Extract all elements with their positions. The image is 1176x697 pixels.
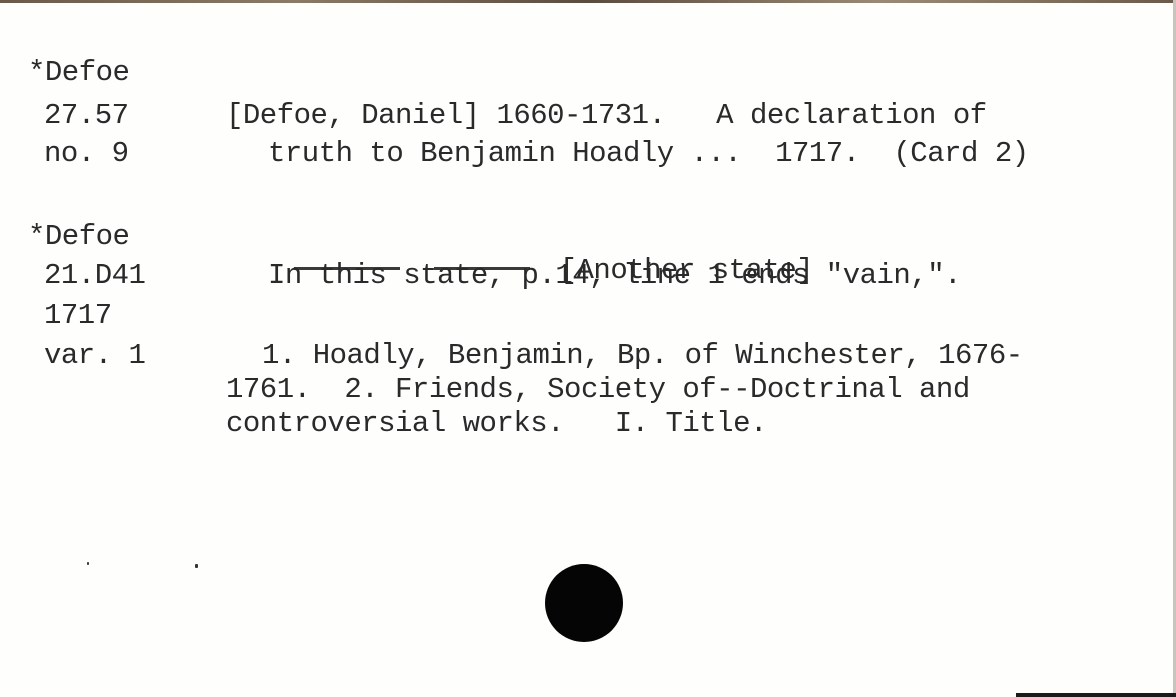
catalog-card: *Defoe 27.57 no. 9 [Defoe, Daniel] 1660-… (0, 0, 1176, 697)
tracing-line: 1761. 2. Friends, Society of--Doctrinal … (226, 373, 970, 407)
punch-hole (545, 564, 623, 642)
main-entry-heading: [Defoe, Daniel] 1660-1731. A declaration… (226, 99, 987, 133)
call-number-line: no. 9 (44, 137, 129, 171)
call-number-line: 27.57 (44, 99, 129, 133)
call-number-line: 1717 (44, 299, 112, 333)
title-line: truth to Benjamin Hoadly ... 1717. (Card… (268, 137, 1029, 171)
call-number-line: *Defoe (28, 56, 129, 90)
tracing-line: 1. Hoadly, Benjamin, Bp. of Winchester, … (262, 339, 1023, 373)
ink-speck (195, 564, 198, 568)
call-number-line: *Defoe (28, 220, 129, 254)
call-number-line: 21.D41 (44, 259, 145, 293)
note-line: In this state, p.14, line 1 ends "vain,"… (268, 259, 961, 293)
ink-speck (87, 562, 89, 565)
call-number-line: var. 1 (44, 339, 145, 373)
card-top-edge (0, 0, 1176, 3)
tracing-line: controversial works. I. Title. (226, 407, 767, 441)
card-bottom-shadow (1016, 693, 1176, 697)
